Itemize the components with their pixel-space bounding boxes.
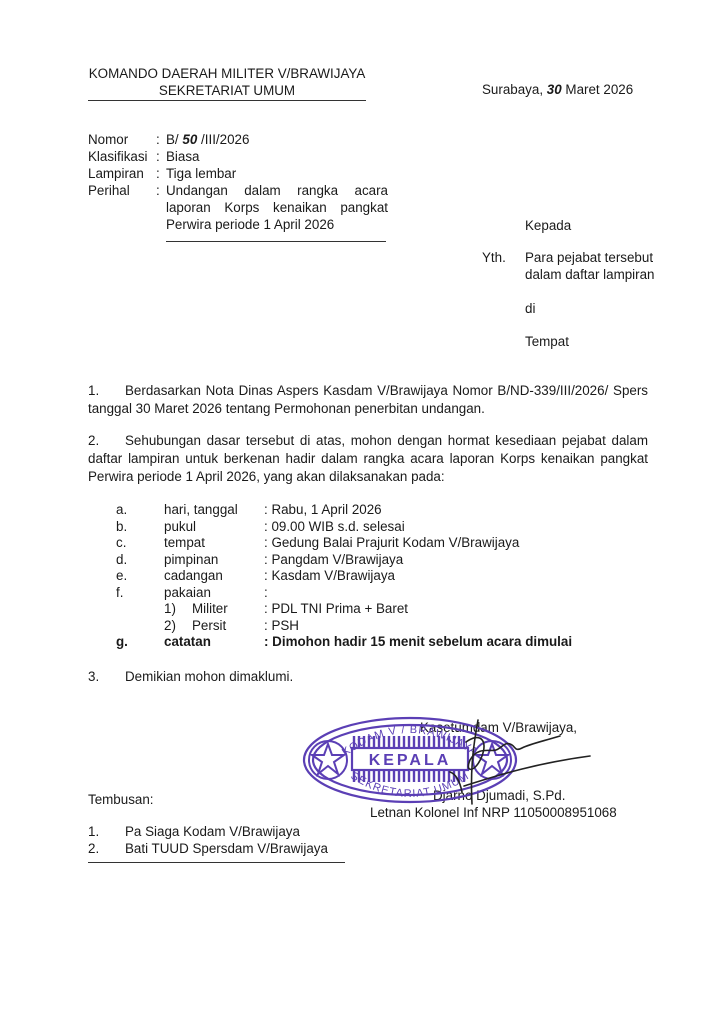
addressee-recipients: Para pejabat tersebut dalam daftar lampi… bbox=[525, 249, 655, 283]
cc-underline bbox=[88, 862, 345, 863]
meta-klasifikasi: Klasifikasi : Biasa bbox=[88, 148, 388, 165]
letterhead: KOMANDO DAERAH MILITER V/BRAWIJAYA SEKRE… bbox=[88, 65, 366, 99]
detail-row: e.cadangan: Kasdam V/Brawijaya bbox=[116, 568, 572, 585]
detail-row: d.pimpinan: Pangdam V/Brawijaya bbox=[116, 552, 572, 569]
paragraph-2: 2.Sehubungan dasar tersebut di atas, moh… bbox=[88, 432, 648, 486]
letter-number: 50 bbox=[182, 132, 197, 147]
addressee-yth: Yth. bbox=[482, 249, 506, 266]
addressee-kepada: Kepada bbox=[525, 217, 571, 234]
detail-row: f.pakaian: bbox=[116, 585, 572, 602]
cc-item: 1.Pa Siaga Kodam V/Brawijaya bbox=[88, 823, 328, 840]
org-unit: SEKRETARIAT UMUM bbox=[88, 82, 366, 99]
meta-perihal: Perihal : Undangan dalam rangka acara la… bbox=[88, 182, 388, 233]
cc-item: 2.Bati TUUD Spersdam V/Brawijaya bbox=[88, 840, 328, 857]
addressee-tempat: Tempat bbox=[525, 334, 569, 349]
event-details: a.hari, tanggal: Rabu, 1 April 2026 b.pu… bbox=[116, 502, 572, 651]
cc-label: Tembusan: bbox=[88, 792, 154, 807]
subject-underline bbox=[166, 241, 386, 242]
place-date: Surabaya, 30 Maret 2026 bbox=[482, 82, 633, 97]
detail-row: b.pukul: 09.00 WIB s.d. selesai bbox=[116, 519, 572, 536]
addressee-di: di bbox=[525, 301, 535, 316]
handwritten-signature bbox=[430, 712, 600, 812]
meta-nomor: Nomor : B/ 50 /III/2026 bbox=[88, 131, 388, 148]
cc-list: 1.Pa Siaga Kodam V/Brawijaya 2.Bati TUUD… bbox=[88, 823, 328, 857]
letterhead-divider bbox=[88, 100, 366, 101]
date-day: 30 bbox=[547, 82, 562, 97]
paragraph-1: 1.Berdasarkan Nota Dinas Aspers Kasdam V… bbox=[88, 382, 648, 418]
detail-subrow: 2)Persit: PSH bbox=[116, 618, 572, 635]
paragraph-3: 3.Demikian mohon dimaklumi. bbox=[88, 668, 648, 686]
detail-subrow: 1)Militer: PDL TNI Prima + Baret bbox=[116, 601, 572, 618]
detail-note: g.catatan: Dimohon hadir 15 menit sebelu… bbox=[116, 634, 572, 651]
detail-row: c.tempat: Gedung Balai Prajurit Kodam V/… bbox=[116, 535, 572, 552]
date-month-year: Maret 2026 bbox=[565, 82, 633, 97]
meta-lampiran: Lampiran : Tiga lembar bbox=[88, 165, 388, 182]
detail-row: a.hari, tanggal: Rabu, 1 April 2026 bbox=[116, 502, 572, 519]
letter-meta: Nomor : B/ 50 /III/2026 Klasifikasi : Bi… bbox=[88, 131, 388, 233]
city: Surabaya, bbox=[482, 82, 543, 97]
org-name: KOMANDO DAERAH MILITER V/BRAWIJAYA bbox=[88, 65, 366, 82]
